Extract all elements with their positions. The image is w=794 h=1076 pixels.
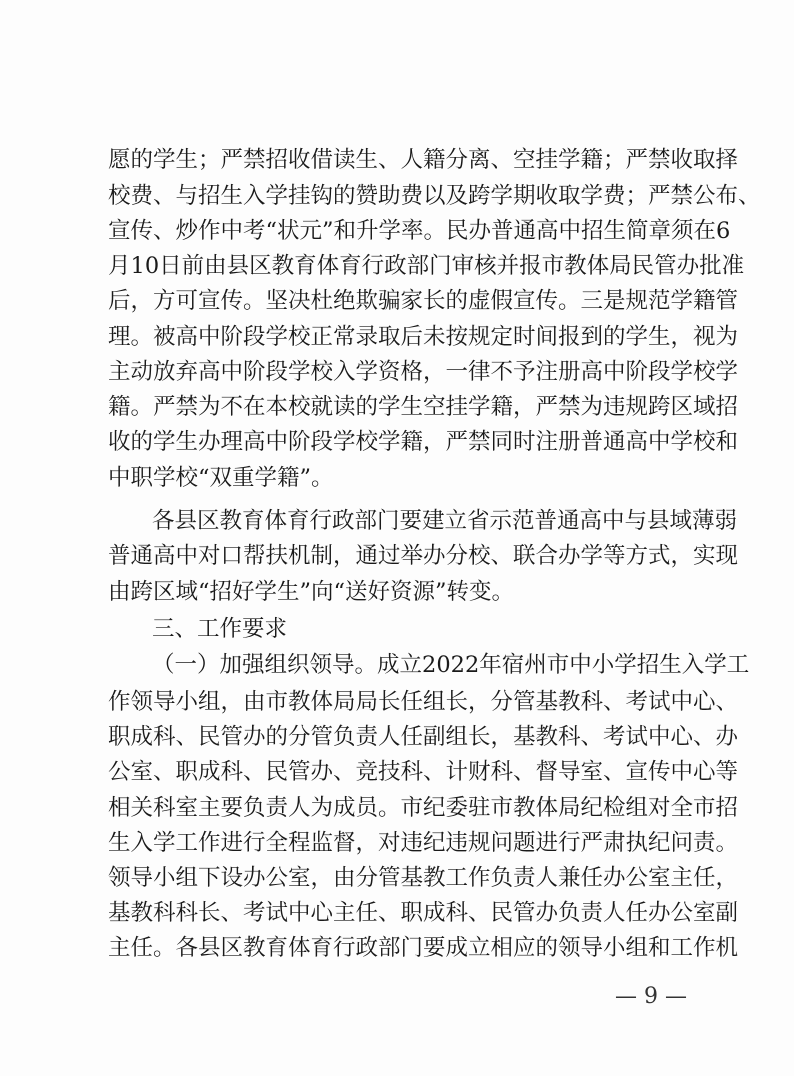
text-line: 相关科室主要负责人为成员。市纪委驻市教体局纪检组对全市招 [108, 793, 692, 823]
text-line: 由跨区域“招好学生”向“送好资源”转变。 [108, 577, 692, 607]
text-line: 生入学工作进行全程监督，对违纪违规问题进行严肃执纪问责。 [108, 828, 692, 858]
text-line: 籍。严禁为不在本校就读的学生空挂学籍，严禁为违规跨区域招 [108, 392, 692, 422]
text-line: 基教科科长、考试中心主任、职成科、民管办负责人任办公室副 [108, 898, 692, 928]
text-line: 愿的学生；严禁招收借读生、人籍分离、空挂学籍；严禁收取择 [108, 145, 692, 175]
text-line: 作领导小组，由市教体局局长任组长，分管基教科、考试中心、 [108, 687, 692, 717]
text-line: 月10日前由县区教育体育行政部门审核并报市教体局民管办批准 [108, 251, 692, 281]
text-line: 主动放弃高中阶段学校入学资格，一律不予注册高中阶段学校学 [108, 357, 692, 387]
text-line: 领导小组下设办公室，由分管基教工作负责人兼任办公室主任， [108, 863, 692, 893]
text-line: 后，方可宣传。坚决杜绝欺骗家长的虚假宣传。三是规范学籍管 [108, 286, 692, 316]
section-heading: 三、工作要求 [152, 614, 287, 644]
text-line: 理。被高中阶段学校正常录取后未按规定时间报到的学生，视为 [108, 322, 692, 352]
text-line: 各县区教育体育行政部门要建立省示范普通高中与县域薄弱 [152, 506, 692, 536]
text-line: 公室、职成科、民管办、竞技科、计财科、督导室、宣传中心等 [108, 757, 692, 787]
text-line: 中职学校“双重学籍”。 [108, 463, 692, 493]
text-line: 职成科、民管办的分管负责人任副组长，基教科、考试中心、办 [108, 722, 692, 752]
text-line: （一）加强组织领导。成立2022年宿州市中小学招生入学工 [152, 650, 692, 680]
document-page: 愿的学生；严禁招收借读生、人籍分离、空挂学籍；严禁收取择 校费、与招生入学挂钩的… [0, 0, 794, 1076]
text-line: 校费、与招生入学挂钩的赞助费以及跨学期收取学费；严禁公布、 [108, 181, 692, 211]
text-line: 主任。各县区教育体育行政部门要成立相应的领导小组和工作机 [108, 933, 692, 963]
text-line: 普通高中对口帮扶机制，通过举办分校、联合办学等方式，实现 [108, 541, 692, 571]
text-line: 宣传、炒作中考“状元”和升学率。民办普通高中招生简章须在6 [108, 216, 692, 246]
text-line: 收的学生办理高中阶段学校学籍，严禁同时注册普通高中学校和 [108, 427, 692, 457]
page-number: — 9 — [615, 982, 687, 1012]
